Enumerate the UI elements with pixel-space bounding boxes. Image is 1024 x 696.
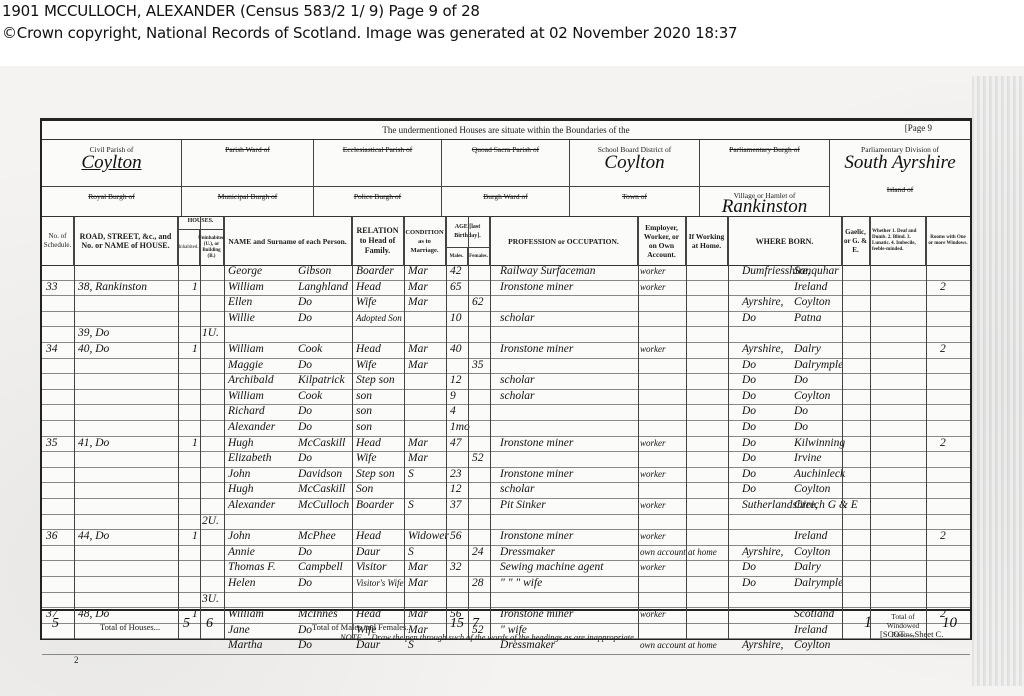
cell-employ: worker xyxy=(640,280,666,296)
col-schedule: No. of Schedule. xyxy=(42,217,74,265)
cell-male: 42 xyxy=(450,264,462,280)
cell-relation: Head xyxy=(356,280,381,296)
grid-line xyxy=(74,216,75,639)
cell-relation: Visitor xyxy=(356,560,386,576)
total-females: 7 xyxy=(472,616,479,632)
cell-relation: Daur xyxy=(356,545,380,561)
cell-last: Kilpatrick xyxy=(298,373,345,389)
cell-condition: Mar xyxy=(408,342,428,358)
cell-born2: Coylton xyxy=(794,545,830,561)
cell-relation: Adopted Son xyxy=(356,311,402,327)
cell-last: Davidson xyxy=(298,467,342,483)
table-row: ElizabethDoWifeMar52DoIrvine xyxy=(42,451,970,468)
school-board-cell: School Board District of Coylton Town of xyxy=(570,140,700,217)
cell-male: 47 xyxy=(450,436,462,452)
grid-line xyxy=(446,216,447,639)
grid-line xyxy=(224,216,225,639)
grid-line xyxy=(686,216,687,639)
cell-last: Do xyxy=(298,420,312,436)
cell-last: Campbell xyxy=(298,560,343,576)
village-value: Rankinston xyxy=(700,196,829,218)
cell-employ: worker xyxy=(640,342,666,358)
civil-parish-value: Coylton xyxy=(42,152,181,174)
cell-relation: Wife xyxy=(356,295,376,311)
col-name: NAME and Surname of each Person. xyxy=(224,217,352,265)
ecclesiastical-cell: Ecclesiastical Parish of Police Burgh of xyxy=(314,140,442,217)
table-row: GeorgeGibsonBoarderMar42Railway Surfacem… xyxy=(42,264,970,281)
cell-condition: S xyxy=(408,498,414,514)
cell-female: 52 xyxy=(472,451,484,467)
col-inhabited: Inhabited. xyxy=(178,229,200,265)
cell-condition: Mar xyxy=(408,560,428,576)
table-row: 3541, Do1HughMcCaskillHeadMar47Ironstone… xyxy=(42,436,970,453)
cell-uninhab: 2U. xyxy=(202,514,219,530)
table-row: JohnDavidsonStep sonS23Ironstone minerwo… xyxy=(42,467,970,484)
record-title: 1901 MCCULLOCH, ALEXANDER (Census 583/2 … xyxy=(2,0,737,22)
cell-first: Willie xyxy=(228,311,255,327)
cell-last: McCulloch xyxy=(298,498,349,514)
cell-relation: Boarder xyxy=(356,264,394,280)
school-board-value: Coylton xyxy=(570,152,699,174)
boundaries-section: Civil Parish of Coylton Royal Burgh of P… xyxy=(42,139,970,217)
quoad-sacra-label: Quoad Sacra Parish of xyxy=(442,145,569,154)
census-form: The undermentioned Houses are situate wi… xyxy=(40,118,972,640)
cell-condition: Mar xyxy=(408,358,428,374)
cell-born1: Do xyxy=(742,482,756,498)
cell-male: 23 xyxy=(450,467,462,483)
cell-employ: worker xyxy=(640,264,666,280)
cell-born2: Dalry xyxy=(794,342,821,358)
table-row: AlexanderDoson1moDoDo xyxy=(42,420,970,437)
cell-relation: Head xyxy=(356,529,381,545)
table-row: RichardDoson4DoDo xyxy=(42,404,970,421)
cell-born1: Do xyxy=(742,373,756,389)
grid-line xyxy=(638,216,639,639)
cell-condition: Mar xyxy=(408,280,428,296)
cell-born2: Coylton xyxy=(794,482,830,498)
cell-relation: Head xyxy=(356,342,381,358)
cell-born2: Do xyxy=(794,420,808,436)
cell-first: Annie xyxy=(228,545,255,561)
cell-male: 10 xyxy=(450,311,462,327)
cell-uninhab: 3U. xyxy=(202,592,219,608)
cell-occupation: scholar xyxy=(500,373,535,389)
cell-condition: Widower xyxy=(408,529,449,545)
police-burgh-label: Police Burgh of xyxy=(314,186,441,201)
cell-relation: Son xyxy=(356,482,373,498)
cell-relation: Wife xyxy=(356,358,376,374)
cell-male: 12 xyxy=(450,373,462,389)
cell-male: 65 xyxy=(450,280,462,296)
sheet-label: [SCOT.—Sheet C. xyxy=(880,629,943,639)
cell-last: McPhee xyxy=(298,529,336,545)
table-row: 2U. xyxy=(42,514,970,531)
cell-born2: Dalrymple xyxy=(794,576,843,592)
cell-first: Archibald xyxy=(228,373,274,389)
cell-male: 12 xyxy=(450,482,462,498)
cell-last: Do xyxy=(298,311,312,327)
cell-employ: worker xyxy=(640,436,666,452)
cell-born1: Do xyxy=(742,404,756,420)
table-row: 3644, Do1JohnMcPheeHeadWidower56Ironston… xyxy=(42,529,970,546)
document-header: 1901 MCCULLOCH, ALEXANDER (Census 583/2 … xyxy=(2,0,737,44)
cell-employ: own account xyxy=(640,545,686,561)
table-row: MaggieDoWifeMar35DoDalrymple xyxy=(42,358,970,375)
civil-parish-cell: Civil Parish of Coylton Royal Burgh of xyxy=(42,140,182,217)
cell-first: Hugh xyxy=(228,482,254,498)
cell-inhab: 1 xyxy=(192,280,198,296)
cell-born1: Ayrshire, xyxy=(742,295,783,311)
grid-line xyxy=(842,216,843,639)
col-relation: RELATION to Head of Family. xyxy=(352,217,404,265)
col-rooms: Rooms with One or more Windows. xyxy=(926,217,970,265)
total-persons-label: Total of Males and Females... xyxy=(312,622,413,632)
cell-occupation: Ironstone miner xyxy=(500,436,573,452)
copyright-line: ©Crown copyright, National Records of Sc… xyxy=(2,22,737,44)
total-uninhabited: 6 xyxy=(206,616,213,632)
grid-line xyxy=(352,216,353,639)
parliamentary-burgh-label: Parliamentary Burgh of xyxy=(700,145,829,154)
table-row: HelenDoVisitor's WifeMar28" " " wifeDoDa… xyxy=(42,576,970,593)
cell-first: Alexander xyxy=(228,420,275,436)
cell-occupation: Dressmaker xyxy=(500,545,555,561)
cell-uninhab: 1U. xyxy=(202,326,219,342)
cell-first: Helen xyxy=(228,576,255,592)
cell-last: Do xyxy=(298,295,312,311)
cell-born2: Sanquhar xyxy=(794,264,839,280)
cell-occupation: Ironstone miner xyxy=(500,467,573,483)
col-infirmity: Whether 1. Deaf and Dumb. 2. Blind. 3. L… xyxy=(870,217,926,265)
cell-last: McCaskill xyxy=(298,482,345,498)
cell-born1: Do xyxy=(742,311,756,327)
cell-condition: Mar xyxy=(408,264,428,280)
cell-last: Do xyxy=(298,545,312,561)
col-working-at-home: If Working at Home. xyxy=(686,217,728,265)
cell-employ: worker xyxy=(640,560,666,576)
col-uninhabited: Uninhabited (U.), or Building (B.) xyxy=(200,229,224,265)
parish-ward-cell: Parish Ward of Municipal Burgh of xyxy=(182,140,314,217)
quoad-sacra-cell: Quoad Sacra Parish of Burgh Ward of xyxy=(442,140,570,217)
grid-line xyxy=(178,216,179,639)
cell-born2: Creich G & E xyxy=(794,498,858,514)
cell-employ: worker xyxy=(640,467,666,483)
cell-occupation: Ironstone miner xyxy=(500,529,573,545)
margin-mark: 2 xyxy=(74,655,79,665)
cell-born1: Do xyxy=(742,576,756,592)
col-where-born: WHERE BORN. xyxy=(728,217,842,265)
total-males: 15 xyxy=(450,616,464,632)
cell-condition: Mar xyxy=(408,576,428,592)
cell-born1: Do xyxy=(742,451,756,467)
burgh-ward-label: Burgh Ward of xyxy=(442,186,569,201)
col-employment: Employer, Worker, or on Own Account. xyxy=(638,217,686,265)
col-address: ROAD, STREET, &c., and No. or NAME of HO… xyxy=(74,217,178,265)
cell-condition: Mar xyxy=(408,451,428,467)
cell-last: McCaskill xyxy=(298,436,345,452)
cell-address: 41, Do xyxy=(78,436,109,452)
cell-address: 38, Rankinston xyxy=(78,280,147,296)
cell-first: John xyxy=(228,529,250,545)
grid-line xyxy=(728,216,729,639)
cell-rooms: 2 xyxy=(940,342,946,358)
cell-born2: Coylton xyxy=(794,295,830,311)
cell-born1: Do xyxy=(742,358,756,374)
table-row: ArchibaldKilpatrickStep son12scholarDoDo xyxy=(42,373,970,390)
parliamentary-burgh-cell: Parliamentary Burgh of Village or Hamlet… xyxy=(700,140,830,217)
cell-born2: Kilwinning xyxy=(794,436,845,452)
rooms-total: 10 xyxy=(942,615,957,632)
cell-born1: Do xyxy=(742,389,756,405)
cell-female: 28 xyxy=(472,576,484,592)
cell-born1: Ayrshire, xyxy=(742,342,783,358)
cell-last: Do xyxy=(298,404,312,420)
cell-born1: Do xyxy=(742,420,756,436)
cell-male: 9 xyxy=(450,389,456,405)
cell-born1: Do xyxy=(742,436,756,452)
cell-first: William xyxy=(228,280,264,296)
parliamentary-division-cell: Parliamentary Division of South Ayrshire… xyxy=(830,140,970,217)
cell-inhab: 1 xyxy=(192,529,198,545)
cell-female: 24 xyxy=(472,545,484,561)
table-row: AnnieDoDaurS24Dressmakerown accountat ho… xyxy=(42,545,970,562)
cell-male: 1mo xyxy=(450,420,470,436)
cell-born2: Do xyxy=(794,404,808,420)
cell-condition: S xyxy=(408,467,414,483)
cell-first: Hugh xyxy=(228,436,254,452)
cell-relation: son xyxy=(356,404,372,420)
cell-relation: Step son xyxy=(356,467,395,483)
cell-relation: Step son xyxy=(356,373,395,389)
col-gaelic: Gaelic, or G. & E. xyxy=(842,217,870,265)
total-houses-label: Total of Houses... xyxy=(100,622,160,632)
cell-male: 32 xyxy=(450,560,462,576)
table-row: 3440, Do1WilliamCookHeadMar40Ironstone m… xyxy=(42,342,970,359)
cell-relation: Boarder xyxy=(356,498,394,514)
cell-employ: worker xyxy=(640,498,666,514)
cell-first: Richard xyxy=(228,404,265,420)
cell-last: Langhland xyxy=(298,280,348,296)
cell-last: Do xyxy=(298,451,312,467)
total-inhabited: 5 xyxy=(183,616,190,632)
cell-last: Cook xyxy=(298,389,322,405)
table-row: WilliamCookson9scholarDoCoylton xyxy=(42,389,970,406)
cell-born2: Ireland xyxy=(794,280,827,296)
cell-rooms: 2 xyxy=(940,436,946,452)
cell-occupation: Sewing machine agent xyxy=(500,560,603,576)
column-headers: No. of Schedule. ROAD, STREET, &c., and … xyxy=(42,216,970,266)
col-males: Males. xyxy=(446,247,468,265)
table-row: 3338, Rankinston1WilliamLanghlandHeadMar… xyxy=(42,280,970,297)
cell-inhab: 1 xyxy=(192,342,198,358)
cell-last: Cook xyxy=(298,342,322,358)
table-row: Thomas F.CampbellVisitorMar32Sewing mach… xyxy=(42,560,970,577)
grid-line xyxy=(404,216,405,639)
cell-rooms: 2 xyxy=(940,280,946,296)
cell-relation: Visitor's Wife xyxy=(356,576,404,592)
cell-male: 56 xyxy=(450,529,462,545)
cell-occupation: Pit Sinker xyxy=(500,498,546,514)
cell-born2: Irvine xyxy=(794,451,821,467)
cell-last: Do xyxy=(298,358,312,374)
cell-first: Elizabeth xyxy=(228,451,271,467)
cell-relation: Wife xyxy=(356,451,376,467)
cell-female: 62 xyxy=(472,295,484,311)
cell-schedule: 35 xyxy=(46,436,58,452)
binding-edge xyxy=(972,76,1024,686)
parish-ward-label: Parish Ward of xyxy=(182,145,313,154)
cell-born1: Ayrshire, xyxy=(742,545,783,561)
cell-first: William xyxy=(228,389,264,405)
cell-address: 39, Do xyxy=(78,326,109,342)
cell-male: 37 xyxy=(450,498,462,514)
parliamentary-division-value: South Ayrshire xyxy=(830,152,970,174)
cell-first: George xyxy=(228,264,262,280)
cell-male: 40 xyxy=(450,342,462,358)
col-condition: CONDITION as to Marriage. xyxy=(404,217,446,265)
cell-first: Ellen xyxy=(228,295,252,311)
cell-schedule: 36 xyxy=(46,529,58,545)
cell-first: William xyxy=(228,342,264,358)
cell-female: 35 xyxy=(472,358,484,374)
cell-relation: son xyxy=(356,420,372,436)
cell-occupation: scholar xyxy=(500,389,535,405)
cell-male: 4 xyxy=(450,404,456,420)
cell-first: Maggie xyxy=(228,358,263,374)
cell-first: Thomas F. xyxy=(228,560,276,576)
instructions-note: NOTE.—Draw the pen through such of the w… xyxy=(340,632,636,642)
cell-relation: son xyxy=(356,389,372,405)
cell-relation: Head xyxy=(356,436,381,452)
table-row: WillieDoAdopted Son10scholarDoPatna xyxy=(42,311,970,328)
cell-condition: Mar xyxy=(408,295,428,311)
cell-born1: Do xyxy=(742,467,756,483)
grid-line xyxy=(490,216,491,639)
col-occupation: PROFESSION or OCCUPATION. xyxy=(490,217,638,265)
cell-occupation: Railway Surfaceman xyxy=(500,264,596,280)
cell-born2: Patna xyxy=(794,311,821,327)
grid-line xyxy=(468,216,469,639)
table-row: EllenDoWifeMar62Ayrshire,Coylton xyxy=(42,295,970,312)
page-number: [Page 9 xyxy=(905,123,932,133)
cell-schedule: 33 xyxy=(46,280,58,296)
cell-born2: Auchinleck xyxy=(794,467,845,483)
island-label: Island of xyxy=(830,180,970,194)
grid-line xyxy=(870,216,871,639)
cell-condition: Mar xyxy=(408,436,428,452)
cell-address: 40, Do xyxy=(78,342,109,358)
cell-address: 44, Do xyxy=(78,529,109,545)
municipal-burgh-label: Municipal Burgh of xyxy=(182,186,313,201)
cell-born2: Ireland xyxy=(794,529,827,545)
col-females: Females. xyxy=(468,247,490,265)
cell-occupation: Ironstone miner xyxy=(500,280,573,296)
cell-first: Alexander xyxy=(228,498,275,514)
cell-condition: S xyxy=(408,545,414,561)
cell-last: Do xyxy=(298,576,312,592)
cell-home: at home xyxy=(688,545,717,561)
cell-occupation: Ironstone miner xyxy=(500,342,573,358)
table-row: AlexanderMcCullochBoarderS37Pit Sinkerwo… xyxy=(42,498,970,515)
cell-born2: Coylton xyxy=(794,389,830,405)
cell-schedule: 34 xyxy=(46,342,58,358)
cell-rooms: 2 xyxy=(940,529,946,545)
total-schedules: 5 xyxy=(52,616,59,632)
royal-burgh-label: Royal Burgh of xyxy=(42,186,181,201)
cell-born2: Do xyxy=(794,373,808,389)
table-row: 3U. xyxy=(42,592,970,609)
grid-line xyxy=(200,216,201,639)
grid-line xyxy=(926,216,927,639)
town-label: Town of xyxy=(570,186,699,201)
col-houses-group: HOUSES. xyxy=(178,217,224,229)
table-row: 39, Do1U. xyxy=(42,326,970,343)
ecclesiastical-parish-label: Ecclesiastical Parish of xyxy=(314,145,441,154)
cell-first: John xyxy=(228,467,250,483)
boundaries-intro: The undermentioned Houses are situate wi… xyxy=(42,125,970,135)
cell-born2: Dalry xyxy=(794,560,821,576)
cell-last: Gibson xyxy=(298,264,331,280)
cell-occupation: " " " wife xyxy=(500,576,542,592)
cell-born1: Do xyxy=(742,560,756,576)
cell-born2: Dalrymple xyxy=(794,358,843,374)
table-row: HughMcCaskillSon12scholarDoCoylton xyxy=(42,482,970,499)
cell-occupation: scholar xyxy=(500,482,535,498)
cell-occupation: scholar xyxy=(500,311,535,327)
cell-inhab: 1 xyxy=(192,436,198,452)
cell-employ: worker xyxy=(640,529,666,545)
